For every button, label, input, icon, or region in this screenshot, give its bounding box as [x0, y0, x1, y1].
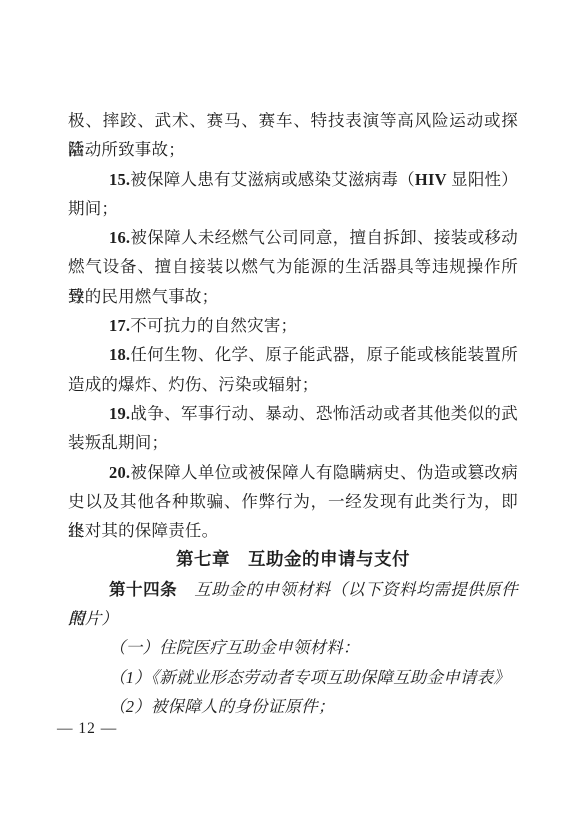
text-segment: 造成的爆炸、灼伤、污染或辐射； [68, 375, 319, 394]
text-line: （一）住院医疗互助金申领材料： [68, 633, 518, 662]
text-segment: 第七章 互助金的申请与支付 [176, 549, 410, 569]
chapter-heading: 第七章 互助金的申请与支付 [68, 545, 518, 574]
text-segment: 止对其的保障责任。 [68, 521, 218, 540]
text-line: 17.不可抗力的自然灾害； [68, 311, 518, 340]
text-segment: （1）《新就业形态劳动者专项互助保障互助金申请表》 [109, 668, 510, 687]
text-segment: 被保障人患有艾滋病或感染艾滋病毒（ [130, 170, 415, 189]
text-segment [177, 580, 194, 599]
text-segment: 任何生物、化学、原子能武器，原子能或核能装置所 [130, 345, 518, 364]
text-line: 致的民用燃气事故； [68, 282, 518, 311]
text-line: 止对其的保障责任。 [68, 516, 518, 545]
text-segment: 第十四条 [109, 580, 177, 599]
text-segment: （2）被保障人的身份证原件； [109, 697, 335, 716]
text-line: 18.任何生物、化学、原子能武器，原子能或核能装置所 [68, 340, 518, 369]
text-line: （1）《新就业形态劳动者专项互助保障互助金申请表》 [68, 663, 518, 692]
text-segment: HIV [415, 170, 447, 189]
text-segment: 20. [109, 463, 130, 482]
text-segment: 装叛乱期间； [68, 433, 168, 452]
text-segment: 18. [109, 345, 130, 364]
text-line: 19.战争、军事行动、暴动、恐怖活动或者其他类似的武 [68, 399, 518, 428]
text-line: 15.被保障人患有艾滋病或感染艾滋病毒（HIV 显阳性） [68, 165, 518, 194]
text-line: 16.被保障人未经燃气公司同意，擅自拆卸、接装或移动 [68, 223, 518, 252]
text-line: （2）被保障人的身份证原件； [68, 692, 518, 721]
text-line: 第十四条 互助金的申领材料（以下资料均需提供原件的 [68, 575, 518, 604]
text-segment: 17. [109, 316, 130, 335]
text-segment: 照片） [68, 609, 118, 628]
document-page: 极、摔跤、武术、赛马、赛车、特技表演等高风险运动或探险活动所致事故；15.被保障… [0, 0, 577, 814]
text-line: 造成的爆炸、灼伤、污染或辐射； [68, 370, 518, 399]
text-segment: 15. [109, 170, 130, 189]
text-segment: 致的民用燃气事故； [68, 287, 218, 306]
text-line: 史以及其他各种欺骗、作弊行为，一经发现有此类行为，即终 [68, 487, 518, 516]
document-body: 极、摔跤、武术、赛马、赛车、特技表演等高风险运动或探险活动所致事故；15.被保障… [68, 106, 518, 721]
text-line: 活动所致事故； [68, 135, 518, 164]
text-segment: 显阳性） [447, 170, 518, 189]
text-line: 照片） [68, 604, 518, 633]
text-line: 燃气设备、擅自接装以燃气为能源的生活器具等违规操作所导 [68, 252, 518, 281]
text-segment: 不可抗力的自然灾害； [130, 316, 297, 335]
text-line: 极、摔跤、武术、赛马、赛车、特技表演等高风险运动或探险 [68, 106, 518, 135]
text-line: 装叛乱期间； [68, 428, 518, 457]
text-segment: （一）住院医疗互助金申领材料： [109, 638, 360, 657]
text-segment: 期间； [68, 199, 118, 218]
text-segment: 19. [109, 404, 130, 423]
page-number: — 12 — [57, 719, 117, 739]
text-segment: 被保障人未经燃气公司同意，擅自拆卸、接装或移动 [130, 228, 518, 247]
text-segment: 战争、军事行动、暴动、恐怖活动或者其他类似的武 [130, 404, 518, 423]
text-segment: 活动所致事故； [68, 140, 185, 159]
text-segment: 16. [109, 228, 130, 247]
text-line: 期间； [68, 194, 518, 223]
text-segment: 被保障人单位或被保障人有隐瞒病史、伪造或篡改病 [130, 463, 518, 482]
text-line: 20.被保障人单位或被保障人有隐瞒病史、伪造或篡改病 [68, 458, 518, 487]
